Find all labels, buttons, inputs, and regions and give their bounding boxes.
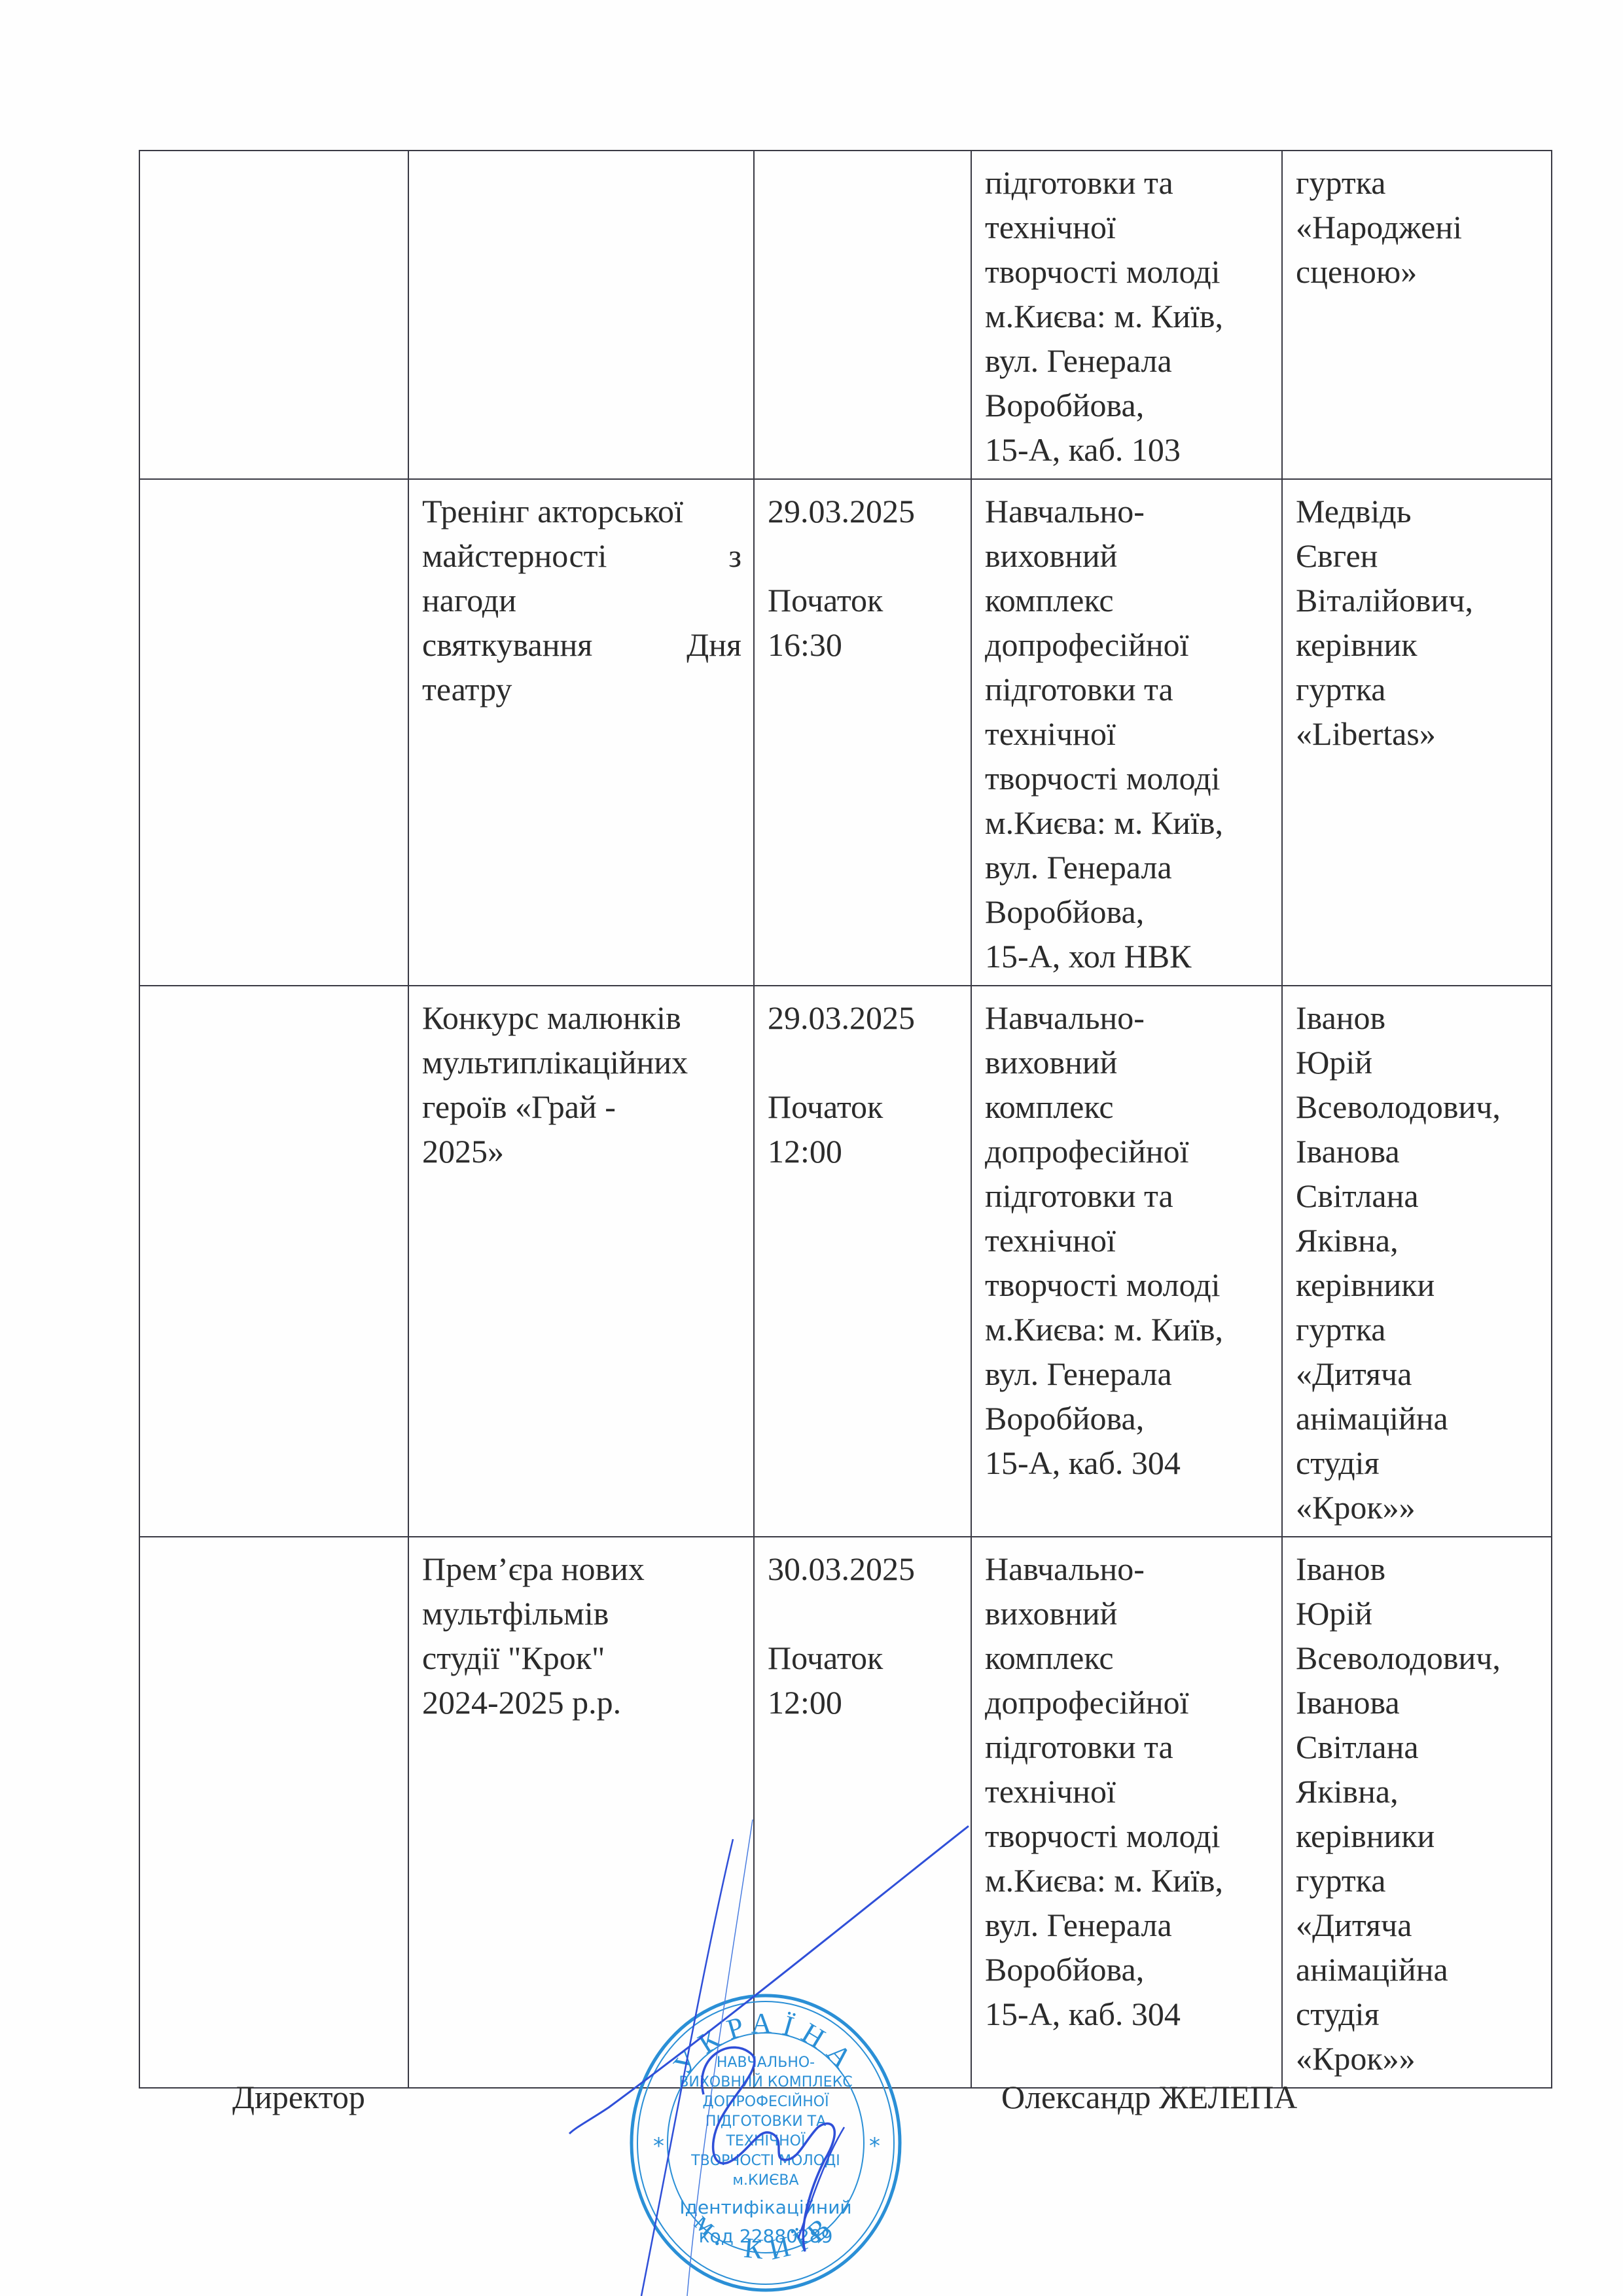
- responsible-line: Всеволодович,: [1296, 1636, 1539, 1680]
- venue-line: творчості молоді: [985, 756, 1270, 800]
- svg-text:код 22880289: код 22880289: [699, 2225, 833, 2247]
- cell-event: Конкурс малюнківмультиплікаційнихгероїв …: [408, 986, 754, 1537]
- events-table: підготовки татехнічноїтворчості молодім.…: [139, 150, 1552, 2089]
- responsible-line: керівник: [1296, 622, 1539, 667]
- venue-line: Навчально-: [985, 996, 1270, 1040]
- venue-line: виховний: [985, 533, 1270, 578]
- venue-line: Воробйова,: [985, 1396, 1270, 1441]
- responsible-line: «Крок»»: [1296, 2036, 1539, 2081]
- cell-event: Тренінг акторськоїмайстерностізнагодисвя…: [408, 479, 754, 986]
- event-line: театру: [422, 667, 741, 711]
- document-page: підготовки татехнічноїтворчості молодім.…: [0, 0, 1623, 2296]
- responsible-line: керівники: [1296, 1814, 1539, 1858]
- responsible-line: «Libertas»: [1296, 711, 1539, 756]
- venue-line: технічної: [985, 205, 1270, 249]
- venue-line: 15-А, хол НВК: [985, 934, 1270, 978]
- venue-line: підготовки та: [985, 160, 1270, 205]
- start-label: Початок: [768, 1085, 959, 1129]
- responsible-line: студія: [1296, 1992, 1539, 2036]
- cell-venue: підготовки татехнічноїтворчості молодім.…: [971, 151, 1282, 479]
- venue-line: комплекс: [985, 1636, 1270, 1680]
- cell-responsible: МедвідьЄвгенВіталійович,керівникгуртка«L…: [1282, 479, 1552, 986]
- cell-responsible: ІвановЮрійВсеволодович,ІвановаСвітланаЯк…: [1282, 986, 1552, 1537]
- spacer: [768, 1591, 959, 1636]
- responsible-line: «Дитяча: [1296, 1903, 1539, 1947]
- responsible-line: Яківна,: [1296, 1769, 1539, 1814]
- responsible-line: керівники: [1296, 1263, 1539, 1307]
- event-line: Прем’єра нових: [422, 1547, 741, 1591]
- responsible-line: Всеволодович,: [1296, 1085, 1539, 1129]
- svg-text:ТВОРЧОСТІ МОЛОДІ: ТВОРЧОСТІ МОЛОДІ: [690, 2153, 840, 2169]
- responsible-line: Віталійович,: [1296, 578, 1539, 622]
- venue-line: технічної: [985, 711, 1270, 756]
- svg-text:м.КИЄВА: м.КИЄВА: [732, 2172, 798, 2189]
- venue-line: Воробйова,: [985, 1947, 1270, 1992]
- venue-line: комплекс: [985, 1085, 1270, 1129]
- svg-text:*: *: [653, 2133, 664, 2159]
- svg-text:НАВЧАЛЬНО-: НАВЧАЛЬНО-: [717, 2054, 815, 2071]
- responsible-line: «Народжені: [1296, 205, 1539, 249]
- responsible-line: Іванов: [1296, 1547, 1539, 1591]
- responsible-line: Іванова: [1296, 1680, 1539, 1725]
- event-date: 30.03.2025: [768, 1547, 959, 1591]
- venue-line: творчості молоді: [985, 1263, 1270, 1307]
- table-row: підготовки татехнічноїтворчості молодім.…: [139, 151, 1552, 479]
- venue-line: технічної: [985, 1769, 1270, 1814]
- responsible-line: Євген: [1296, 533, 1539, 578]
- venue-line: 15-А, каб. 304: [985, 1441, 1270, 1485]
- cell-number: [139, 1537, 408, 2088]
- event-line: студії "Крок": [422, 1636, 741, 1680]
- official-stamp: УКРАЇНА м. КИЇВ * * НАВЧАЛЬНО-ВИХОВНИЙ К…: [622, 1990, 910, 2296]
- table-row: Конкурс малюнківмультиплікаційнихгероїв …: [139, 986, 1552, 1537]
- responsible-line: Юрій: [1296, 1591, 1539, 1636]
- event-line: героїв «Грай -: [422, 1085, 741, 1129]
- cell-datetime: 29.03.2025Початок16:30: [754, 479, 971, 986]
- responsible-line: Яківна,: [1296, 1218, 1539, 1263]
- cell-number: [139, 151, 408, 479]
- venue-line: технічної: [985, 1218, 1270, 1263]
- venue-line: вул. Генерала: [985, 338, 1270, 383]
- spacer: [768, 1040, 959, 1085]
- event-line: Тренінг акторської: [422, 489, 741, 533]
- cell-number: [139, 479, 408, 986]
- venue-line: допрофесійної: [985, 1129, 1270, 1174]
- responsible-line: Іванов: [1296, 996, 1539, 1040]
- venue-line: підготовки та: [985, 667, 1270, 711]
- svg-text:*: *: [869, 2133, 880, 2159]
- cell-event: [408, 151, 754, 479]
- start-label: Початок: [768, 1636, 959, 1680]
- table-row: Тренінг акторськоїмайстерностізнагодисвя…: [139, 479, 1552, 986]
- venue-line: Воробйова,: [985, 383, 1270, 427]
- event-line: майстерностіз: [422, 533, 741, 578]
- svg-text:ТЕХНІЧНОЇ: ТЕХНІЧНОЇ: [726, 2132, 806, 2149]
- responsible-line: «Крок»»: [1296, 1485, 1539, 1530]
- venue-line: 15-А, каб. 103: [985, 427, 1270, 472]
- event-line: нагоди: [422, 578, 741, 622]
- venue-line: підготовки та: [985, 1725, 1270, 1769]
- cell-venue: Навчально-виховнийкомплексдопрофесійноїп…: [971, 479, 1282, 986]
- venue-line: виховний: [985, 1591, 1270, 1636]
- venue-line: 15-А, каб. 304: [985, 1992, 1270, 2036]
- cell-responsible: гуртка«Народженісценою»: [1282, 151, 1552, 479]
- responsible-line: Іванова: [1296, 1129, 1539, 1174]
- signatory-name: Олександр ЖЕЛЕПА: [1001, 2075, 1297, 2119]
- responsible-line: «Дитяча: [1296, 1352, 1539, 1396]
- venue-line: м.Києва: м. Київ,: [985, 800, 1270, 845]
- event-date: 29.03.2025: [768, 489, 959, 533]
- venue-line: вул. Генерала: [985, 845, 1270, 889]
- event-line: 2024-2025 р.р.: [422, 1680, 741, 1725]
- cell-venue: Навчально-виховнийкомплексдопрофесійноїп…: [971, 986, 1282, 1537]
- responsible-line: анімаційна: [1296, 1947, 1539, 1992]
- venue-line: творчості молоді: [985, 1814, 1270, 1858]
- svg-text:ПІДГОТОВКИ ТА: ПІДГОТОВКИ ТА: [705, 2113, 826, 2130]
- venue-line: м.Києва: м. Київ,: [985, 294, 1270, 338]
- responsible-line: Юрій: [1296, 1040, 1539, 1085]
- venue-line: вул. Генерала: [985, 1352, 1270, 1396]
- event-date: 29.03.2025: [768, 996, 959, 1040]
- event-line: 2025»: [422, 1129, 741, 1174]
- spacer: [768, 533, 959, 578]
- responsible-line: анімаційна: [1296, 1396, 1539, 1441]
- venue-line: допрофесійної: [985, 1680, 1270, 1725]
- venue-line: Навчально-: [985, 1547, 1270, 1591]
- event-line: мультиплікаційних: [422, 1040, 741, 1085]
- responsible-line: Медвідь: [1296, 489, 1539, 533]
- cell-venue: Навчально-виховнийкомплексдопрофесійноїп…: [971, 1537, 1282, 2088]
- venue-line: виховний: [985, 1040, 1270, 1085]
- cell-responsible: ІвановЮрійВсеволодович,ІвановаСвітланаЯк…: [1282, 1537, 1552, 2088]
- cell-number: [139, 986, 408, 1537]
- cell-datetime: [754, 151, 971, 479]
- svg-text:ВИХОВНИЙ КОМПЛЕКС: ВИХОВНИЙ КОМПЛЕКС: [679, 2073, 852, 2090]
- responsible-line: Світлана: [1296, 1174, 1539, 1218]
- venue-line: вул. Генерала: [985, 1903, 1270, 1947]
- svg-text:ДОПРОФЕСІЙНОЇ: ДОПРОФЕСІЙНОЇ: [702, 2093, 829, 2110]
- responsible-line: Світлана: [1296, 1725, 1539, 1769]
- responsible-line: сценою»: [1296, 249, 1539, 294]
- venue-line: допрофесійної: [985, 622, 1270, 667]
- start-time: 12:00: [768, 1129, 959, 1174]
- event-line: мультфільмів: [422, 1591, 741, 1636]
- event-line: святкуванняДня: [422, 622, 741, 667]
- responsible-line: гуртка: [1296, 160, 1539, 205]
- venue-line: підготовки та: [985, 1174, 1270, 1218]
- venue-line: Воробйова,: [985, 889, 1270, 934]
- event-line: Конкурс малюнків: [422, 996, 741, 1040]
- responsible-line: гуртка: [1296, 667, 1539, 711]
- venue-line: м.Києва: м. Київ,: [985, 1307, 1270, 1352]
- responsible-line: студія: [1296, 1441, 1539, 1485]
- svg-text:Ідентифікаційний: Ідентифікаційний: [679, 2197, 851, 2218]
- venue-line: Навчально-: [985, 489, 1270, 533]
- venue-line: комплекс: [985, 578, 1270, 622]
- responsible-line: гуртка: [1296, 1858, 1539, 1903]
- cell-datetime: 29.03.2025Початок12:00: [754, 986, 971, 1537]
- start-label: Початок: [768, 578, 959, 622]
- start-time: 16:30: [768, 622, 959, 667]
- signatory-title: Директор: [232, 2075, 365, 2119]
- venue-line: м.Києва: м. Київ,: [985, 1858, 1270, 1903]
- venue-line: творчості молоді: [985, 249, 1270, 294]
- start-time: 12:00: [768, 1680, 959, 1725]
- responsible-line: гуртка: [1296, 1307, 1539, 1352]
